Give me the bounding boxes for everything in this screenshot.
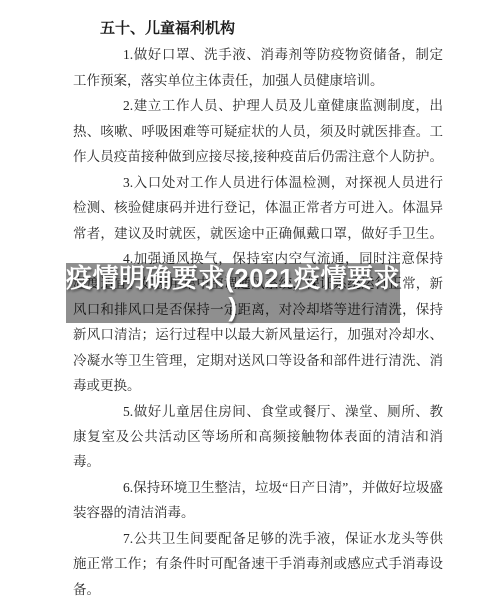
document-line: 5.做好儿童居住房间、食堂或餐厅、澡堂、厕所、教室、 [73, 399, 443, 424]
document-line: 冷凝水等卫生管理，定期对送风口等设备和部件进行清洗、消 [73, 348, 443, 373]
document-line: 毒。 [73, 449, 443, 474]
document-line: 装容器的清洁消毒。 [73, 500, 443, 525]
overlay-title-line-2: ) [228, 293, 237, 322]
document-heading: 五十、儿童福利机构 [73, 17, 443, 42]
overlay-title-line-1: 疫情明确要求(2021疫情要求 [66, 264, 400, 293]
document-line: 工作预案，落实单位主体责任，加强人员健康培训。 [73, 68, 443, 93]
document-line: 康复室及公共活动区等场所和高频接触物体表面的清洁和消 [73, 424, 443, 449]
document-line: 作人员疫苗接种做到应接尽接,接种疫苗后仍需注意个人防护。 [73, 144, 443, 169]
document-line: 7.公共卫生间要配备足够的洗手液，保证水龙头等供水设 [73, 526, 443, 551]
document-line: 新风口清洁；运行过程中以最大新风量运行，加强对冷却水、 [73, 322, 443, 347]
title-overlay-banner: 疫情明确要求(2021疫情要求 ) [66, 263, 400, 323]
document-line: 1.做好口罩、洗手液、消毒剂等防疫物资储备，制定应急 [73, 42, 443, 67]
document-line: 热、咳嗽、呼吸困难等可疑症状的人员，须及时就医排查。工 [73, 119, 443, 144]
document-line: 6.保持环境卫生整洁，垃圾“日产日清”，并做好垃圾盛 [73, 475, 443, 500]
document-line: 常者，建议及时就医，就医途中正确佩戴口罩，做好手卫生。 [73, 221, 443, 246]
document-page: 五十、儿童福利机构1.做好口罩、洗手液、消毒剂等防疫物资储备，制定应急工作预案，… [0, 0, 500, 596]
document-line: 毒或更换。 [73, 373, 443, 398]
document-line: 检测、核验健康码并进行登记，体温正常者方可进入。体温异 [73, 195, 443, 220]
document-line: 3.入口处对工作人员进行体温检测，对探视人员进行体温 [73, 170, 443, 195]
document-line: 2.建立工作人员、护理人员及儿童健康监测制度，出现发 [73, 93, 443, 118]
document-line: 备。 [73, 577, 443, 596]
document-line: 施正常工作；有条件时可配备速干手消毒剂或感应式手消毒设 [73, 551, 443, 576]
